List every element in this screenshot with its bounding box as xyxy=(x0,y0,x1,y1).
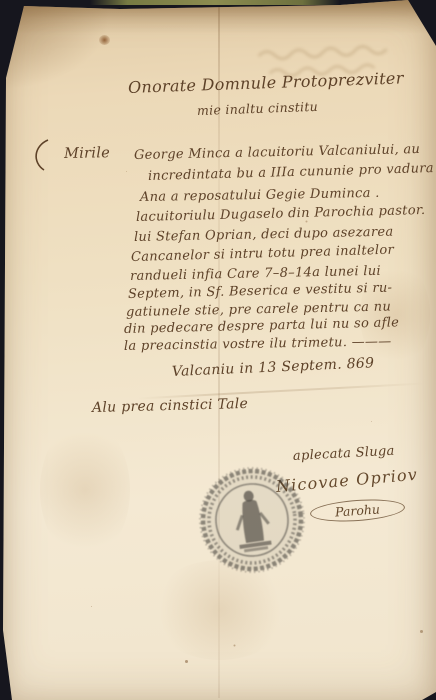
paper-freckles xyxy=(185,660,188,663)
horizontal-crease xyxy=(138,383,424,399)
margin-flourish xyxy=(28,138,54,172)
body-lead-word: Mirile xyxy=(64,145,110,162)
ink-stain-spot xyxy=(99,35,110,45)
aging-blotch xyxy=(40,420,130,560)
round-parish-seal-saint-figure xyxy=(189,459,315,582)
scan-background-sliver xyxy=(90,0,340,5)
paper-corner-stain xyxy=(0,0,110,90)
scanned-manuscript: Onorate Domnule Protoprezviter mie inalt… xyxy=(0,0,436,700)
